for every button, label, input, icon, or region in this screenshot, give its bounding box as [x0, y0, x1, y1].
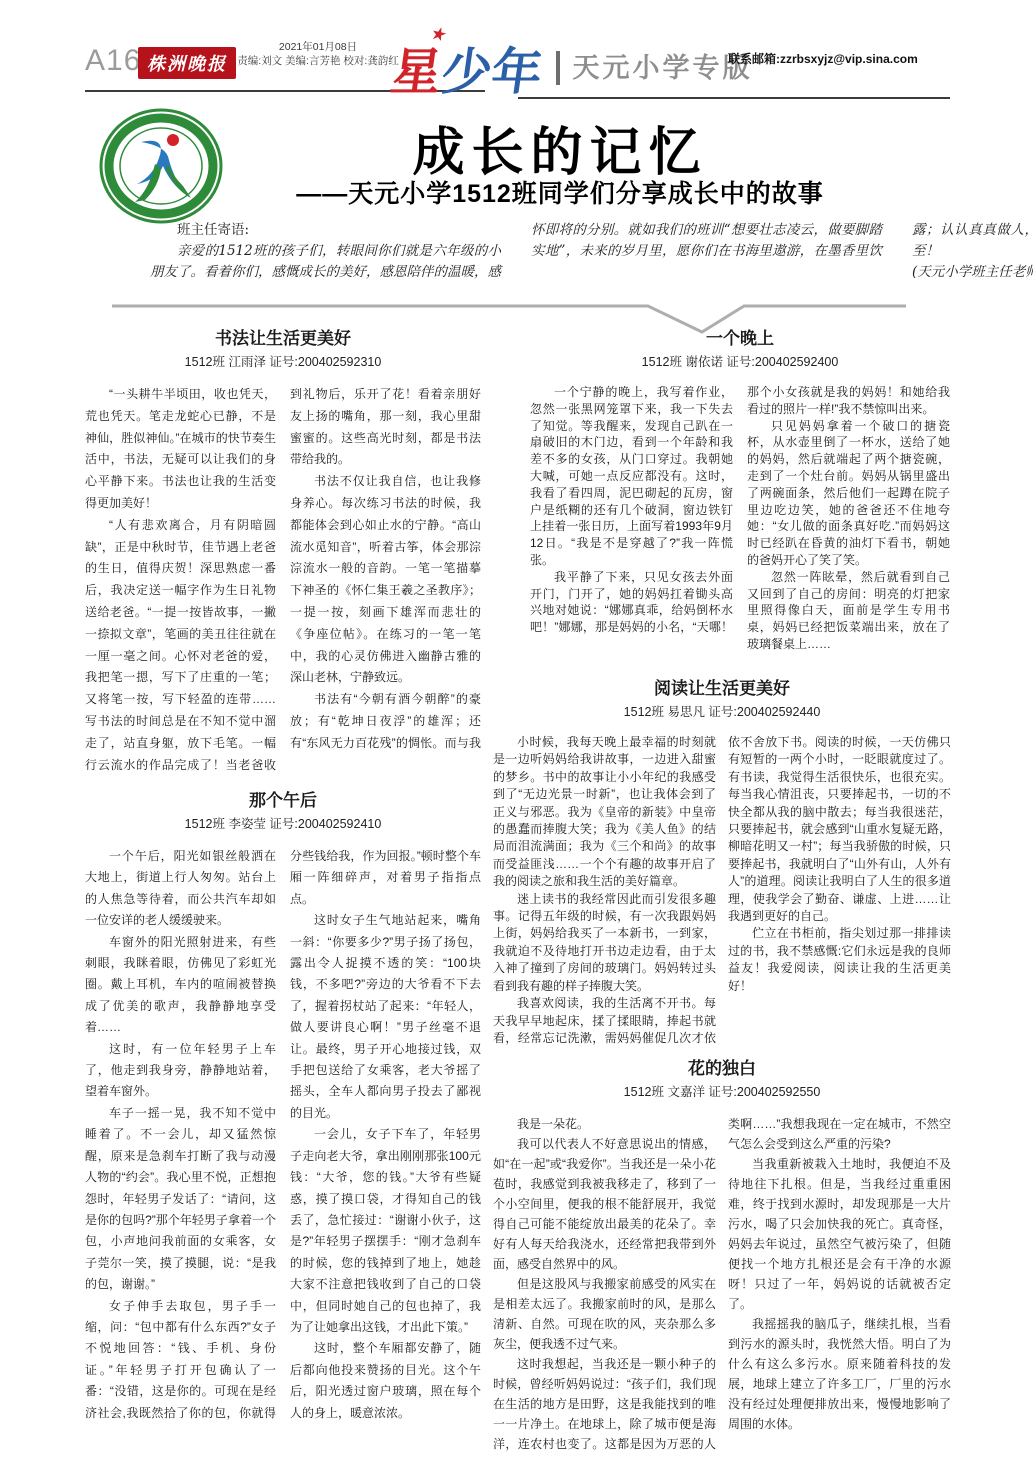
- newspaper-page: A16 株洲晚报 2021年01月08日 责编:刘文 美编:言芳艳 校对:龚韵红…: [0, 0, 1033, 1468]
- article-title: 书法让生活更美好: [85, 328, 481, 350]
- masthead: 星 ★ 少年 天元小学专版: [392, 36, 752, 100]
- paragraph: 小时候，我每天晚上最幸福的时刻就是一边听妈妈给我讲故事，一边进入甜蜜的梦乡。书中…: [493, 734, 716, 891]
- paragraph: 只见妈妈拿着一个破口的搪瓷杯，从水壶里倒了一杯水，送给了她的妈妈，然后就端起了两…: [747, 418, 950, 569]
- paragraph: 但是这股风与我搬家前感受的风实在是相差太远了。我搬家前时的风，是那么清新、自然。…: [493, 1274, 716, 1354]
- page-subtitle: ——天元小学1512班同学们分享成长中的故事: [220, 174, 900, 210]
- article-title: 阅读让生活更美好: [493, 678, 951, 700]
- contact-email: 联系邮箱:zzrbsxyjz@vip.sina.com: [728, 50, 918, 67]
- paragraph: 一个午后，阳光如银丝般洒在大地上，街道上行人匆匆。站台上的人焦急等待着，而公共汽…: [85, 846, 276, 932]
- editor-credits: 责编:刘文 美编:言芳艳 校对:龚韵红: [228, 54, 408, 68]
- page-number: A16: [85, 44, 141, 78]
- paragraph: 迷上读书的我经常因此而引发很多趣事。记得五年级的时候，有一次我跟妈妈上街，妈妈给…: [493, 891, 716, 995]
- masthead-shaonian: 少年: [438, 44, 546, 100]
- paragraph: 车窗外的阳光照射进来，有些刺眼，我眯着眼，仿佛见了彩虹光圈。戴上耳机，车内的喧闹…: [85, 932, 276, 1039]
- article-title: 那个午后: [85, 790, 481, 812]
- paragraph: 忽然一阵眩晕，然后就看到自己又回到了自己的房间：明亮的灯把家里照得像白天，面前是…: [747, 569, 950, 653]
- article-one-evening: 一个晚上 1512班 谢依诺 证号:200402592400 一个宁静的晚上，我…: [530, 328, 950, 664]
- article-body: 一个午后，阳光如银丝般洒在大地上，街道上行人匆匆。站台上的人焦急等待着，而公共汽…: [85, 846, 481, 1442]
- article-title: 花的独白: [493, 1058, 951, 1080]
- article-that-afternoon: 那个午后 1512班 李姿莹 证号:200402592410 一个午后，阳光如银…: [85, 790, 481, 1442]
- masthead-xing: 星: [388, 44, 446, 100]
- paragraph: 这时，整个车厢都安静了，随后都向他投来赞扬的目光。这个午后，阳光透过窗户玻璃，照…: [290, 1338, 481, 1424]
- article-byline: 1512班 文嘉洋 证号:200402592550: [493, 1084, 951, 1100]
- teacher-message: 班主任寄语: 亲爱的1512班的孩子们，转眼间你们就是六年级的小朋友了。看着你们…: [150, 220, 882, 300]
- article-byline: 1512班 李姿莹 证号:200402592410: [85, 816, 481, 832]
- article-reading: 阅读让生活更美好 1512班 易思凡 证号:200402592440 小时候，我…: [493, 678, 951, 1050]
- article-byline: 1512班 谢依诺 证号:200402592400: [530, 354, 950, 370]
- article-body: “一头耕牛半顷田，收也凭天，荒也凭天。笔走龙蛇心已静，不是神仙，胜似神仙。”在城…: [85, 384, 481, 784]
- paper-name-logo: 株洲晚报: [138, 47, 236, 79]
- paragraph: 我摇摇我的脑瓜子，继续扎根，当看到污水的源头时，我恍然大悟。明白了为什么有这么多…: [728, 1314, 951, 1434]
- article-title: 一个晚上: [530, 328, 950, 350]
- paragraph: 我是一朵花。: [493, 1114, 716, 1134]
- article-body: 一个宁静的晚上，我写着作业，忽然一张黑网笼罩下来，我一下失去了知觉。等我醒来，发…: [530, 384, 950, 664]
- paragraph: 当我重新被栽入土地时，我便迫不及待地往下扎根。但是，当我经过重重困难，终于找到水…: [728, 1154, 951, 1314]
- edition-label: 天元小学专版: [556, 51, 752, 85]
- article-byline: 1512班 江雨泽 证号:200402592310: [85, 354, 481, 370]
- article-calligraphy: 书法让生活更美好 1512班 江雨泽 证号:200402592310 “一头耕牛…: [85, 328, 481, 784]
- article-body: 小时候，我每天晚上最幸福的时刻就是一边听妈妈给我讲故事，一边进入甜蜜的梦乡。书中…: [493, 734, 951, 1050]
- article-byline: 1512班 易思凡 证号:200402592440: [493, 704, 951, 720]
- paragraph: 这时，有一位年轻男子上车了，他走到我身旁，静静地站着，望着车窗外。: [85, 1039, 276, 1103]
- paragraph: “一头耕牛半顷田，收也凭天，荒也凭天。笔走龙蛇心已静，不是神仙，胜似神仙。”在城…: [85, 384, 276, 515]
- paragraph: 我可以代表人不好意思说出的情感，如“在一起”或“我爱你”。当我还是一朵小花苞时，…: [493, 1134, 716, 1274]
- paragraph: 一个宁静的晚上，我写着作业，忽然一张黑网笼罩下来，我一下失去了知觉。等我醒来，发…: [530, 384, 733, 569]
- message-signature: (天元小学班主任老师 陈艳): [912, 262, 1033, 283]
- issue-credits: 2021年01月08日 责编:刘文 美编:言芳艳 校对:龚韵红: [228, 40, 408, 68]
- star-youth-logo: 星 ★ 少年: [387, 32, 548, 104]
- star-icon: ★: [427, 23, 450, 47]
- publish-date: 2021年01月08日: [228, 40, 408, 54]
- article-flower-monologue: 花的独白 1512班 文嘉洋 证号:200402592550 我是一朵花。我可以…: [493, 1058, 951, 1464]
- paragraph: 一会儿，女子下车了，年轻男子走向老大爷，拿出刚刚那张100元钱：“大爷，您的钱。…: [290, 1124, 481, 1338]
- paragraph: 这时女子生气地站起来，嘴角一斜：“你要多少?”男子扬了扬包，露出令人捉摸不透的笑…: [290, 910, 481, 1124]
- paragraph: 伫立在书柜前，指尖划过那一排排读过的书，我不禁感慨:它们永远是我的良师益友！我爱…: [728, 925, 951, 995]
- message-label: 班主任寄语:: [150, 220, 501, 241]
- paragraph: 车子一摇一晃，我不知不觉中睡着了。不一会儿，却又猛然惊醒，原来是急刹车打断了我与…: [85, 1103, 276, 1296]
- paragraph: 书法不仅让我自信，也让我修身养心。每次练习书法的时候，我都能体会到心如止水的宁静…: [290, 471, 481, 689]
- article-body: 我是一朵花。我可以代表人不好意思说出的情感，如“在一起”或“我爱你”。当我还是一…: [493, 1114, 951, 1464]
- school-logo-icon: [97, 106, 225, 231]
